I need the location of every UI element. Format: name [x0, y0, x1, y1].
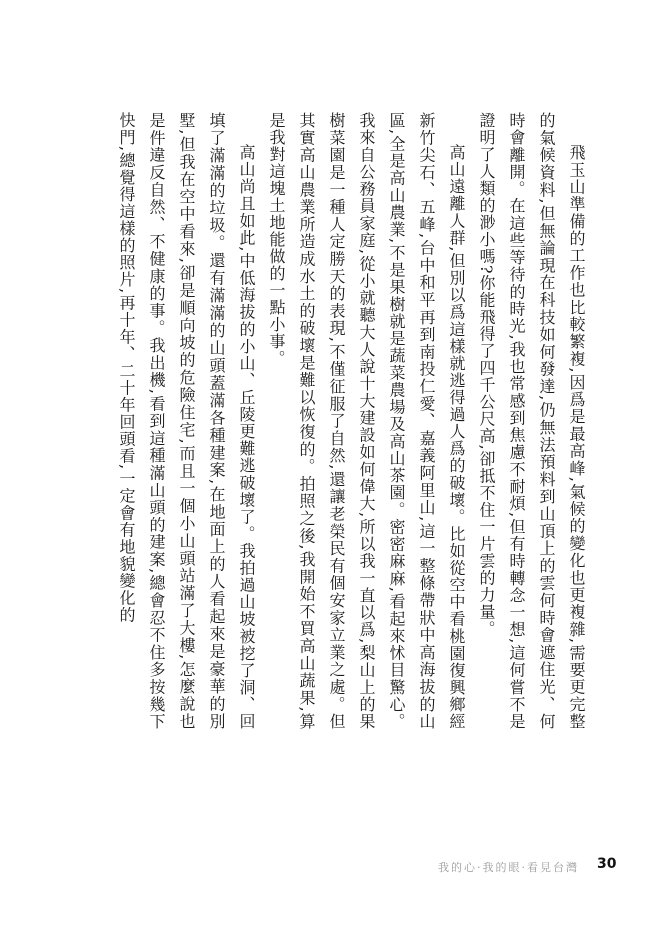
page-number: 30 — [597, 856, 616, 872]
book-page: 飛玉山準備的工作也比較繁複,因爲是最高峰,氣候的變化也更複雜,需要更完整的氣候資… — [0, 0, 663, 932]
paragraph-2: 高山遠離人群,但別以爲這樣就逃得過人爲的破壞。比如從空中看桃園復興鄉經新竹尖石、… — [261, 112, 471, 730]
footer-book-title: 我的心‧我的眼‧看見台灣 — [438, 859, 579, 875]
page-footer: 我的心‧我的眼‧看見台灣 30 — [0, 856, 663, 880]
paragraph-1: 飛玉山準備的工作也比較繁複,因爲是最高峰,氣候的變化也更複雜,需要更完整的氣候資… — [471, 112, 591, 730]
paragraph-3: 高山尚且如此,中低海拔的小山、丘陵更難逃破壞了。我拍過山坡被挖了洞、回填了滿滿的… — [111, 112, 261, 730]
body-text: 飛玉山準備的工作也比較繁複,因爲是最高峰,氣候的變化也更複雜,需要更完整的氣候資… — [111, 112, 591, 730]
